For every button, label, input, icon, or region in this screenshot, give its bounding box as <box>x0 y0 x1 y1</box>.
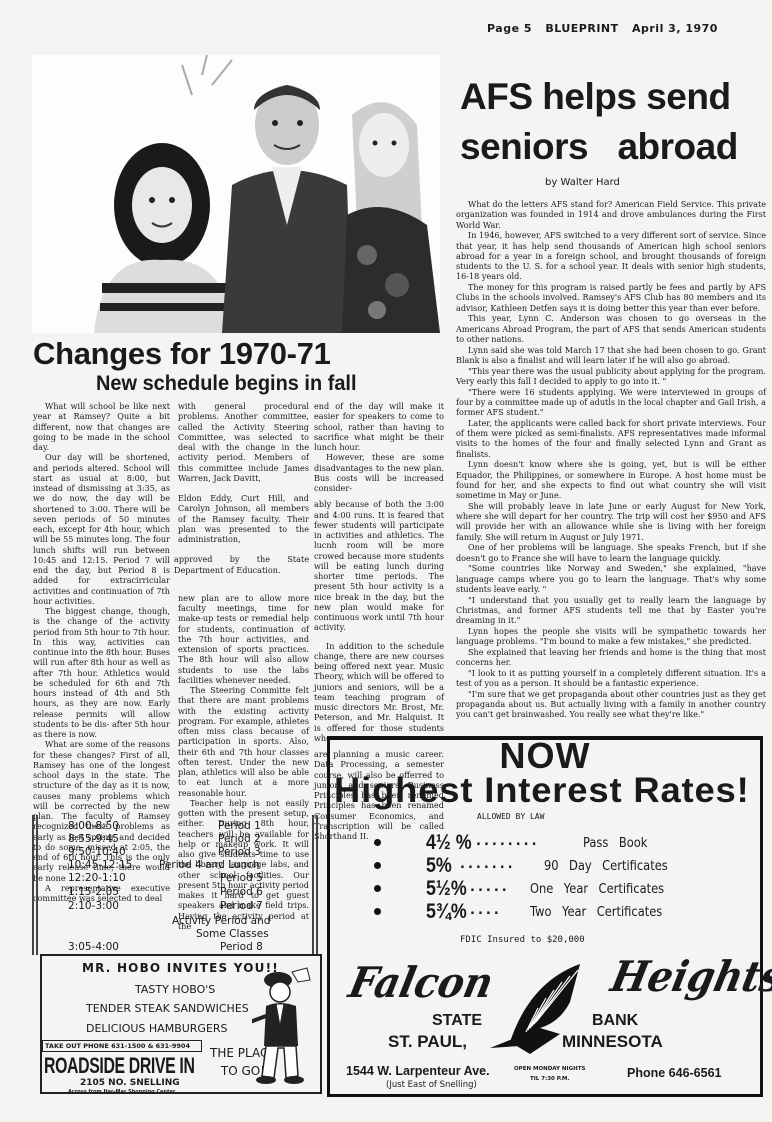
bank-phone: Phone 646-6561 <box>627 1066 722 1080</box>
schedule-row: 12:20-1:10Period 5 <box>38 872 312 885</box>
paragraph: Lynn said she was told March 17 that she… <box>456 345 766 366</box>
paragraph: "I understand that you usually get to re… <box>456 595 766 626</box>
schedule-headline: Changes for 1970-71 <box>33 336 331 372</box>
bank-bank-label: BANK <box>592 1012 638 1030</box>
paragraph: Eldon Eddy, Curt Hill, and Carolyn Johns… <box>178 493 309 544</box>
schedule-row: 1:15-2:05Period 6 <box>38 886 312 899</box>
schedule-row: 3:05-4:00Period 8 <box>38 941 312 954</box>
hobo-headline: MR. HOBO INVITES YOU!! <box>82 961 279 975</box>
afs-article-body: What do the letters AFS stand for? Ameri… <box>456 199 766 720</box>
paragraph: This year, Lynn C. Anderson was chosen t… <box>456 313 766 344</box>
bank-city: ST. PAUL, <box>388 1032 467 1052</box>
page-number: Page 5 <box>487 22 532 35</box>
drive-in-name: ROADSIDE DRIVE IN <box>44 1053 195 1079</box>
schedule-row: 2:10-3:00Period 7 <box>38 900 312 913</box>
publication-name: BLUEPRINT <box>545 22 618 35</box>
bullet-icon <box>374 908 381 915</box>
bank-allowed: ALLOWED BY LAW <box>477 812 544 821</box>
ad-line: DELICIOUS HAMBURGERS <box>86 1022 228 1035</box>
paragraph: The money for this program is raised par… <box>456 282 766 313</box>
bullet-icon <box>374 839 381 846</box>
paragraph: One of her problems will be language. Sh… <box>456 542 766 563</box>
fdic-notice: FDIC Insured to $20,000 <box>460 935 585 945</box>
bank-hours: OPEN MONDAY NIGHTS TIL 7:30 P.M. <box>514 1064 585 1084</box>
rate-row: 4½ % ........ Pass Book <box>330 833 760 855</box>
falcon-heights-bank-ad: NOW Highest Interest Rates! ALLOWED BY L… <box>327 736 763 1097</box>
paragraph: Lynn doesn't know where she is going, ye… <box>456 459 766 500</box>
schedule-row: Activity Period and <box>38 915 312 928</box>
ad-line: TASTY HOBO'S <box>135 983 215 996</box>
paragraph: The biggest change, though, is the chang… <box>33 606 170 739</box>
schedule-subheadline: New schedule begins in fall <box>96 372 357 396</box>
paragraph: She will probably leave in late June or … <box>456 501 766 542</box>
bank-name-falcon: Falcon <box>345 958 498 1007</box>
bank-state-label: STATE <box>432 1012 482 1030</box>
paragraph: with general procedural problems. Anothe… <box>178 401 309 483</box>
paragraph: "I'm sure that we get propaganda about o… <box>456 689 766 720</box>
rate-row: 5½% ..... One Year Certificates <box>330 879 760 901</box>
paragraph: What do the letters AFS stand for? Ameri… <box>456 199 766 230</box>
afs-headline-line1: AFS helps send <box>460 72 770 122</box>
rate-row: 5¾% .... Two Year Certificates <box>330 902 760 924</box>
drive-in-address: 2105 NO. SNELLING <box>80 1078 180 1088</box>
page-folio: Page 5 BLUEPRINT April 3, 1970 <box>487 22 727 35</box>
bank-headline: Highest Interest Rates! <box>334 772 750 810</box>
takeout-phone: TAKE OUT PHONE 631-1500 & 631-9904 <box>42 1040 202 1052</box>
bank-now: NOW <box>330 738 760 774</box>
paragraph: new plan are to allow more faculty meeti… <box>178 593 309 685</box>
bell-schedule-table: 8:00-8:50Period 1 8:55-9:45Period 2 9:50… <box>32 815 318 955</box>
afs-headline-line2: seniors abroad <box>460 122 770 172</box>
bank-name-heights: Heights <box>607 952 772 1001</box>
paragraph: "I look to it as putting yourself in a c… <box>456 668 766 689</box>
hobo-mascot-icon <box>252 966 314 1086</box>
bank-state-name: MINNESOTA <box>562 1032 663 1052</box>
paragraph: "Some countries like Norway and Sweden,"… <box>456 563 766 594</box>
schedule-row: 8:55-9:45Period 2 <box>38 833 312 846</box>
bullet-icon <box>374 885 381 892</box>
paragraph: She explained that leaving her friends a… <box>456 647 766 668</box>
paragraph: ably because of both the 3:00 and 4:00 r… <box>314 499 444 632</box>
paragraph: In addition to the schedule change, ther… <box>314 641 444 744</box>
drive-in-landmark: Across from Har-Mar Shopping Center <box>68 1089 175 1095</box>
paragraph: In 1946, however, AFS switched to a very… <box>456 230 766 281</box>
bank-landmark: (Just East of Snelling) <box>386 1080 477 1090</box>
paragraph: approved by the State Department of Educ… <box>174 554 309 575</box>
afs-byline: by Walter Hard <box>545 177 620 188</box>
paragraph: "This year there was the usual publicity… <box>456 366 766 387</box>
ad-line: TENDER STEAK SANDWICHES <box>86 1002 249 1015</box>
paragraph: end of the day will make it easier for s… <box>314 401 444 452</box>
paragraph: Later, the applicants were called back f… <box>456 418 766 459</box>
rate-row: 5% ....... 90 Day Certificates <box>330 856 760 878</box>
paragraph: The Steering Committe felt that there ar… <box>178 685 309 798</box>
schedule-row: 9:50-10:40Period 3 <box>38 846 312 859</box>
paragraph: Our day will be shortened, and periods a… <box>33 452 170 606</box>
paragraph: "There were 16 students applying. We wer… <box>456 387 766 418</box>
paragraph: However, these are some disadvantages to… <box>314 452 444 493</box>
paragraph: What will school be like next year at Ra… <box>33 401 170 452</box>
schedule-row: 8:00-8:50Period 1 <box>38 820 312 833</box>
afs-students-photo <box>32 55 440 333</box>
issue-date: April 3, 1970 <box>632 22 718 35</box>
schedule-row: Some Classes <box>38 928 312 941</box>
paragraph: Lynn hopes the people she visits will be… <box>456 626 766 647</box>
bank-street-address: 1544 W. Larpenteur Ave. <box>346 1064 490 1078</box>
bullet-icon <box>374 862 381 869</box>
afs-headline: AFS helps send seniors abroad <box>460 72 770 172</box>
schedule-row: 10:45-12:15Period 4 and Lunch <box>38 859 312 872</box>
roadside-drive-in-ad: MR. HOBO INVITES YOU!! TASTY HOBO'S TEND… <box>40 954 322 1094</box>
